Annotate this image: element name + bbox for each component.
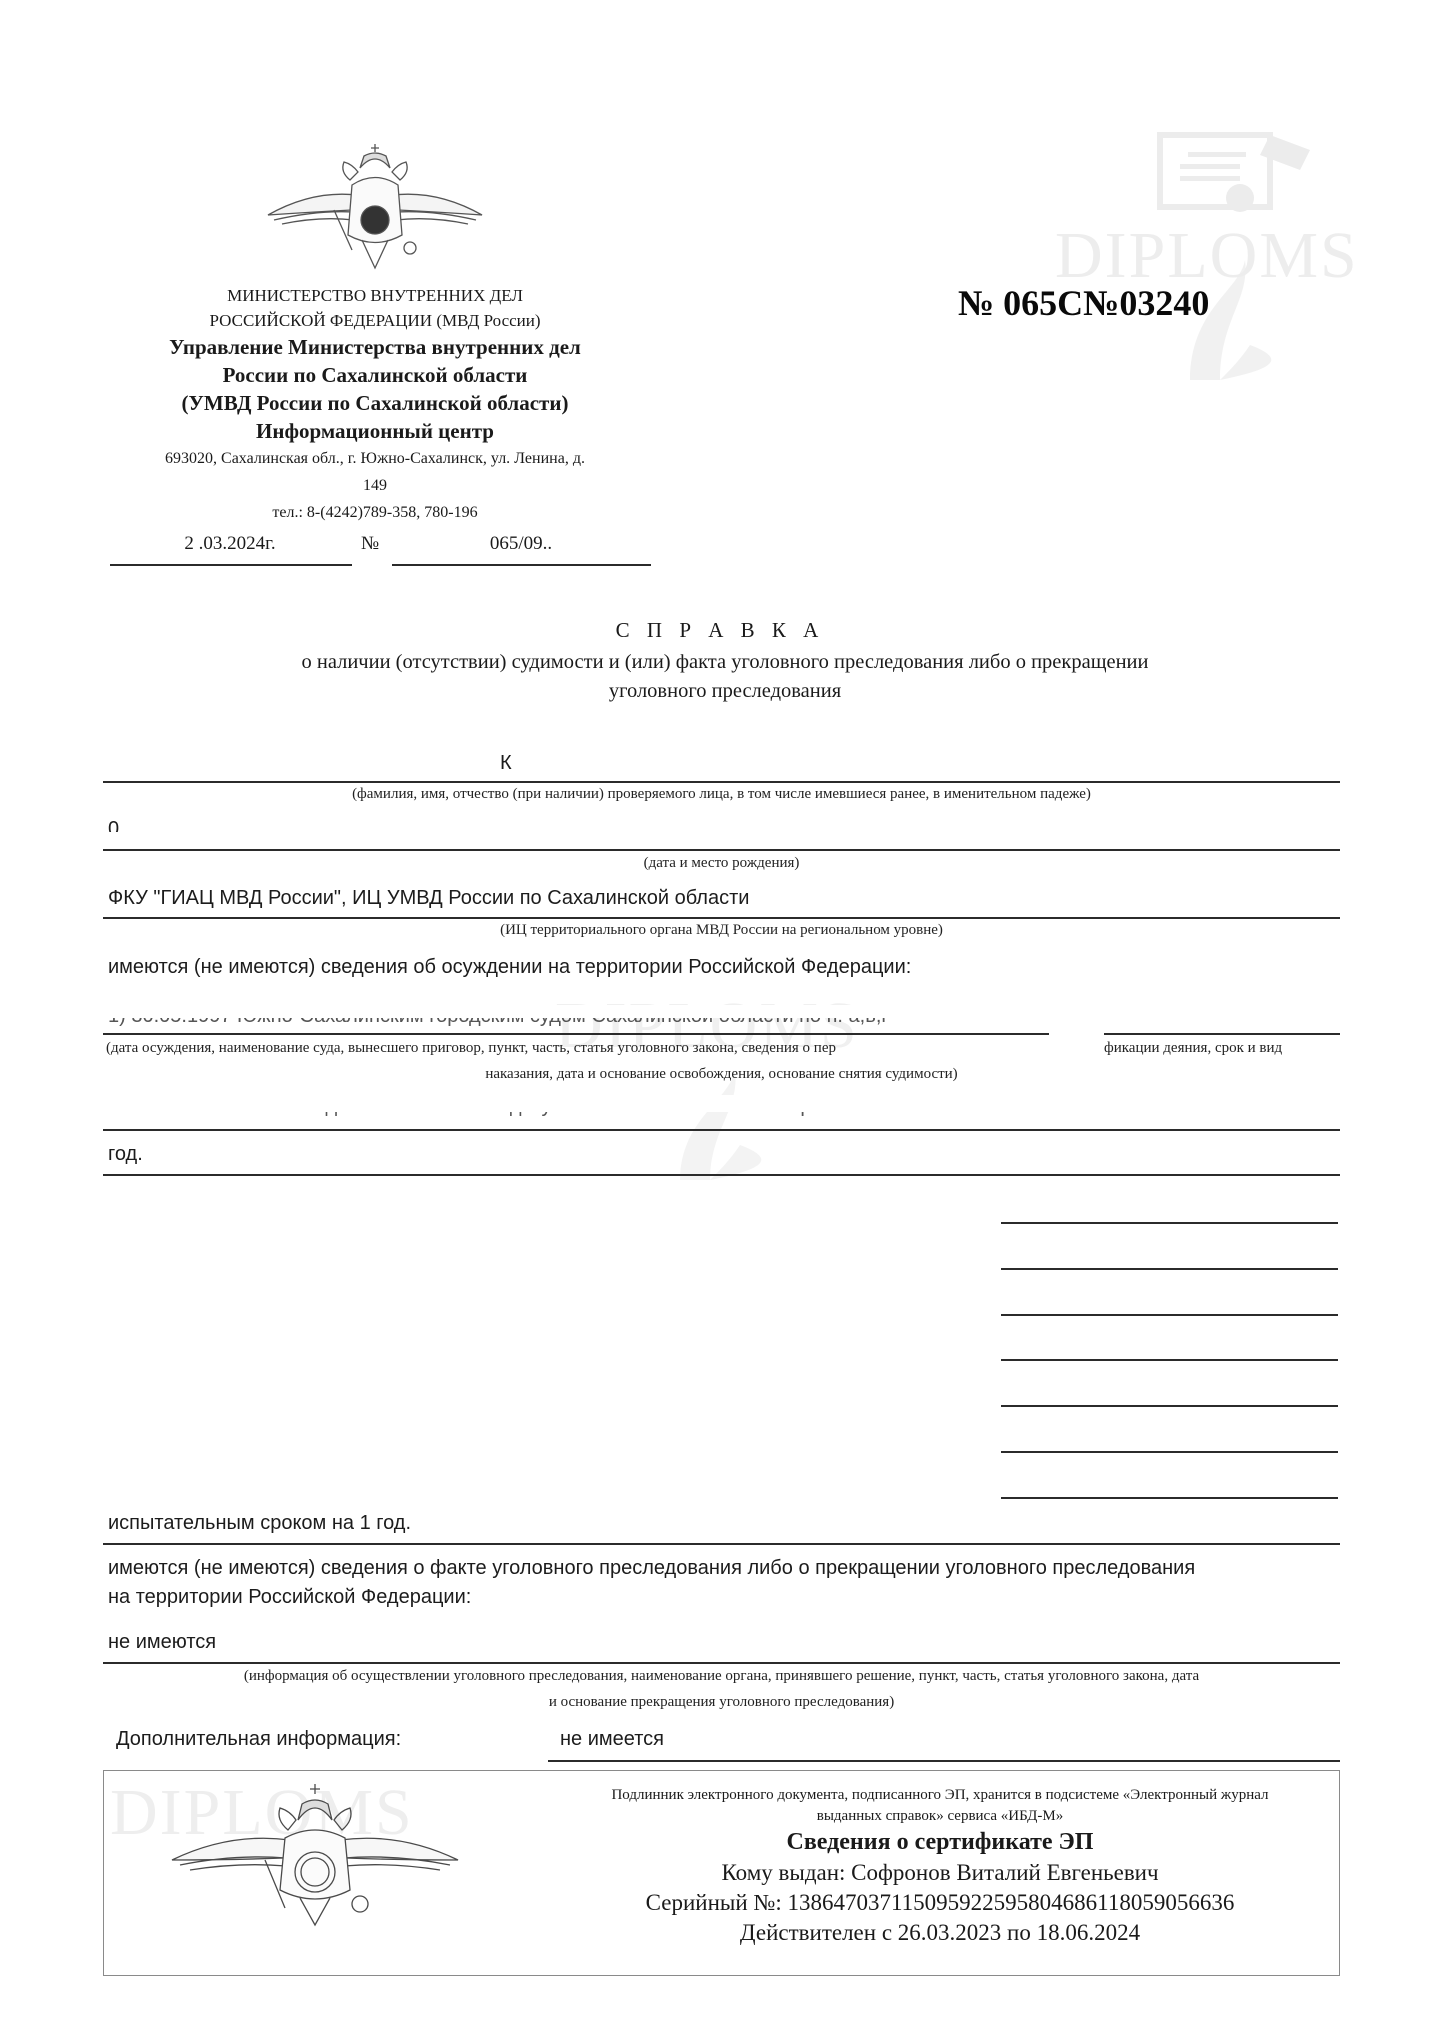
address-line-1: 693020, Сахалинская обл., г. Южно-Сахали… bbox=[105, 445, 645, 472]
issuer-header: МИНИСТЕРСТВО ВНУТРЕННИХ ДЕЛ РОССИЙСКОЙ Ф… bbox=[105, 283, 645, 526]
certificate-validity: Действителен с 26.03.2023 по 18.06.2024 bbox=[540, 1920, 1340, 1946]
additional-info-underline bbox=[548, 1760, 1340, 1762]
certificate-serial: Серийный №: 1386470371150959225958046861… bbox=[540, 1890, 1340, 1916]
certificate-issued-to: Кому выдан: Софронов Виталий Евгеньевич bbox=[540, 1860, 1340, 1886]
department-line-4: Информационный центр bbox=[105, 417, 645, 445]
signature-notice-line-1: Подлинник электронного документа, подпис… bbox=[540, 1785, 1340, 1806]
additional-info-label: Дополнительная информация: bbox=[116, 1728, 401, 1751]
ministry-line-1: МИНИСТЕРСТВО ВНУТРЕННИХ ДЕЛ bbox=[105, 283, 645, 308]
outgoing-number: 065/09.. bbox=[392, 533, 650, 555]
conviction-line-1: 1) 30.05.1997 Южно-Сахалинским городским… bbox=[108, 1005, 1008, 1029]
signature-notice: Подлинник электронного документа, подпис… bbox=[540, 1785, 1340, 1827]
conviction-line-3: год. bbox=[108, 1143, 143, 1166]
prosecution-value: не имеются bbox=[108, 1631, 216, 1654]
information-center-value: ФКУ "ГИАЦ МВД России", ИЦ УМВД России по… bbox=[108, 887, 749, 910]
number-underline bbox=[392, 564, 651, 566]
conviction-last-line: испытательным сроком на 1 год. bbox=[108, 1512, 411, 1535]
department-line-1: Управление Министерства внутренних дел bbox=[105, 333, 645, 361]
certificate-title: Сведения о сертификате ЭП bbox=[540, 1829, 1340, 1856]
information-center-line bbox=[103, 917, 1340, 919]
redaction-mask bbox=[108, 1005, 1008, 1018]
blank-line-6 bbox=[1001, 1451, 1338, 1453]
prosecution-hint-line-2: и основание прекращения уголовного пресл… bbox=[103, 1694, 1340, 1711]
department-line-2: России по Сахалинской области bbox=[105, 361, 645, 389]
additional-info-value: не имеется bbox=[560, 1728, 664, 1751]
convictions-hint-right: фикации деяния, срок и вид bbox=[1104, 1040, 1282, 1057]
conviction-line-2-underline bbox=[103, 1129, 1340, 1131]
subtitle-line-1: о наличии (отсутствии) судимости и (или)… bbox=[200, 648, 1250, 677]
full-name-hint: (фамилия, имя, отчество (при наличии) пр… bbox=[103, 786, 1340, 803]
issue-date: 2 .03.2024г. bbox=[110, 533, 350, 555]
address-line-2: 149 bbox=[105, 472, 645, 499]
blank-line-1 bbox=[1001, 1222, 1338, 1224]
conviction-line-1-underline-right bbox=[1104, 1033, 1340, 1035]
blank-line-7 bbox=[1001, 1497, 1338, 1499]
prosecution-label-line-2: на территории Российской Федерации: bbox=[108, 1586, 471, 1609]
blank-line-2 bbox=[1001, 1268, 1338, 1270]
redaction-mask bbox=[108, 1095, 1008, 1112]
blank-line-5 bbox=[1001, 1405, 1338, 1407]
convictions-label: имеются (не имеются) сведения об осужден… bbox=[108, 956, 911, 979]
prosecution-label-line-1: имеются (не имеются) сведения о факте уг… bbox=[108, 1557, 1195, 1580]
full-name-line bbox=[103, 781, 1340, 783]
birth-line bbox=[103, 849, 1340, 851]
date-underline bbox=[110, 564, 352, 566]
blank-line-3 bbox=[1001, 1314, 1338, 1316]
mvd-emblem-icon bbox=[262, 140, 488, 272]
prosecution-underline bbox=[103, 1662, 1340, 1664]
phone: тел.: 8-(4242)789-358, 780-196 bbox=[105, 499, 645, 526]
birth-value: 0 bbox=[108, 818, 119, 832]
department-line-3: (УМВД России по Сахалинской области) bbox=[105, 389, 645, 417]
prosecution-hint-line-1: (информация об осуществлении уголовного … bbox=[100, 1668, 1343, 1685]
convictions-hint-line-2: наказания, дата и основание освобождения… bbox=[103, 1066, 1340, 1083]
full-name-value: К bbox=[500, 752, 512, 775]
number-label: № bbox=[361, 533, 379, 555]
subtitle-line-2: уголовного преследования bbox=[200, 677, 1250, 706]
birth-hint: (дата и место рождения) bbox=[103, 855, 1340, 872]
conviction-line-3-underline bbox=[103, 1174, 1340, 1176]
signature-notice-line-2: выданных справок» сервиса «ИБД-М» bbox=[540, 1806, 1340, 1827]
conviction-line-2: ч. 2 ст. 158 УК РФ к 3 годам лишения сво… bbox=[108, 1095, 1008, 1119]
convictions-hint-left: (дата осуждения, наименование суда, выне… bbox=[106, 1040, 1050, 1057]
blank-line-4 bbox=[1001, 1359, 1338, 1361]
certificate-page: DIPLOMS DIPLOMS DIPLOMS МИНИСТЕРСТВО ВНУ… bbox=[0, 0, 1440, 2038]
conviction-last-underline bbox=[103, 1543, 1340, 1545]
ministry-line-2: РОССИЙСКОЙ ФЕДЕРАЦИИ (МВД России) bbox=[105, 308, 645, 333]
mvd-emblem-icon-signature bbox=[160, 1780, 470, 1930]
document-number: № 065С№03240 bbox=[958, 282, 1209, 324]
conviction-line-1-underline-left bbox=[103, 1033, 1049, 1035]
document-title: С П Р А В К А bbox=[0, 618, 1440, 643]
information-center-hint: (ИЦ территориального органа МВД России н… bbox=[103, 922, 1340, 939]
document-subtitle: о наличии (отсутствии) судимости и (или)… bbox=[200, 648, 1250, 706]
